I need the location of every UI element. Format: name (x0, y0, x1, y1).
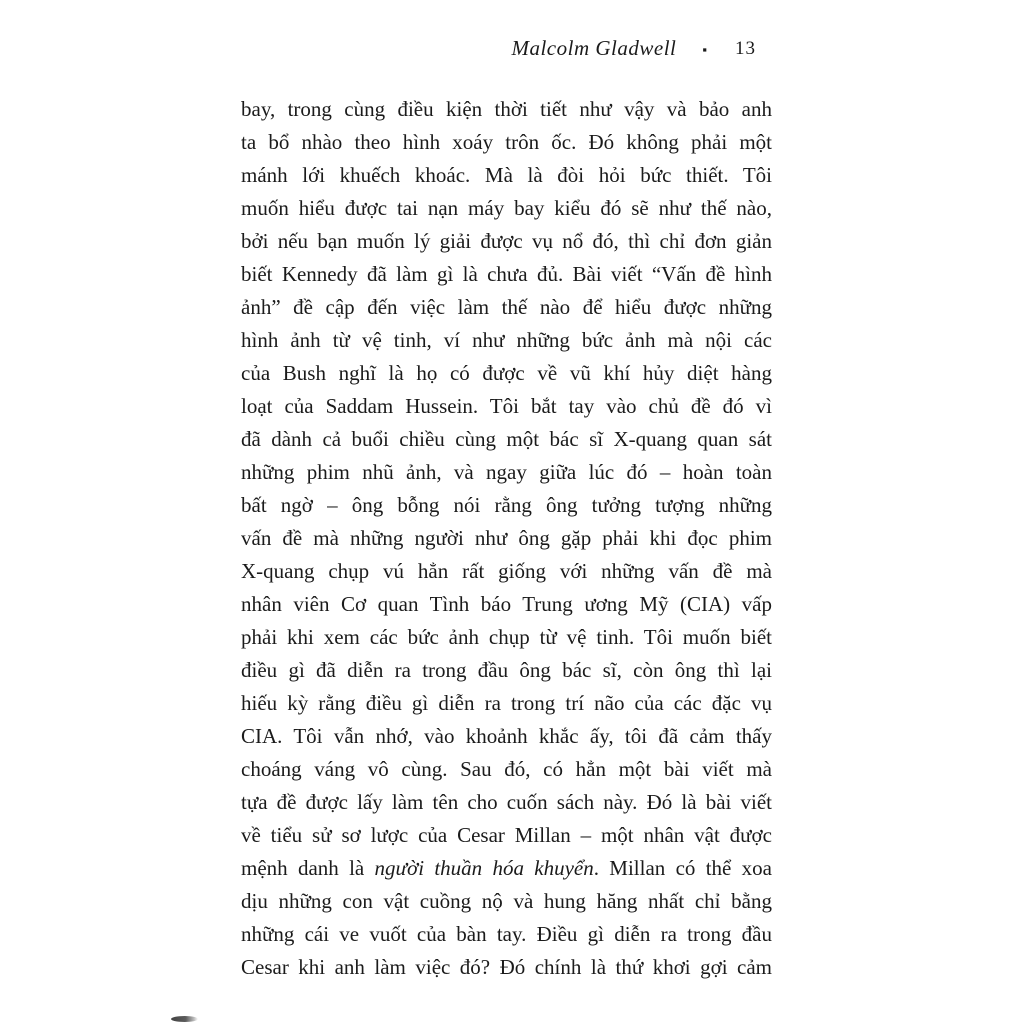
text-line: tựa đề được lấy làm tên cho cuốn sách nà… (241, 786, 772, 819)
text-line: mệnh danh là người thuần hóa khuyển. Mil… (241, 852, 772, 885)
text-line: X-quang chụp vú hẳn rất giống với những … (241, 555, 772, 588)
text-line: choáng váng vô cùng. Sau đó, có hẳn một … (241, 753, 772, 786)
text-line: bay, trong cùng điều kiện thời tiết như … (241, 93, 772, 126)
text-line: mánh lới khuếch khoác. Mà là đòi hỏi bức… (241, 159, 772, 192)
italic-phrase: người thuần hóa khuyển (375, 856, 594, 880)
text-line: vấn đề mà những người như ông gặp phải k… (241, 522, 772, 555)
text-line: điều gì đã diễn ra trong đầu ông bác sĩ,… (241, 654, 772, 687)
text-line: bất ngờ – ông bỗng nói rằng ông tưởng tư… (241, 489, 772, 522)
book-page: Malcolm Gladwell ▪ 13 bay, trong cùng đi… (0, 0, 1024, 1024)
bullet-separator-icon: ▪ (702, 43, 707, 56)
text-line: ta bổ nhào theo hình xoáy trôn ốc. Đó kh… (241, 126, 772, 159)
text-line: hình ảnh từ vệ tinh, ví như những bức ản… (241, 324, 772, 357)
text-line: muốn hiểu được tai nạn máy bay kiểu đó s… (241, 192, 772, 225)
text-line: bởi nếu bạn muốn lý giải được vụ nổ đó, … (241, 225, 772, 258)
text-line: nhân viên Cơ quan Tình báo Trung ương Mỹ… (241, 588, 772, 621)
scan-artifact (171, 1016, 198, 1022)
running-header: Malcolm Gladwell ▪ 13 (240, 36, 756, 61)
text-line: về tiểu sử sơ lược của Cesar Millan – mộ… (241, 819, 772, 852)
text-line: biết Kennedy đã làm gì là chưa đủ. Bài v… (241, 258, 772, 291)
text-line: của Bush nghĩ là họ có được về vũ khí hủ… (241, 357, 772, 390)
text-line: dịu những con vật cuồng nộ và hung hăng … (241, 885, 772, 918)
text-line: những phim nhũ ảnh, và ngay giữa lúc đó … (241, 456, 772, 489)
text-segment: mệnh danh là (241, 856, 375, 880)
text-line: CIA. Tôi vẫn nhớ, vào khoảnh khắc ấy, tô… (241, 720, 772, 753)
body-text: bay, trong cùng điều kiện thời tiết như … (241, 93, 772, 984)
text-line: những cái ve vuốt của bàn tay. Điều gì d… (241, 918, 772, 951)
page-number: 13 (735, 38, 756, 60)
text-line: ảnh” đề cập đến việc làm thế nào để hiểu… (241, 291, 772, 324)
text-line: đã dành cả buổi chiều cùng một bác sĩ X-… (241, 423, 772, 456)
text-segment: . Millan có thể xoa (594, 856, 772, 880)
running-head-author: Malcolm Gladwell (511, 36, 676, 61)
text-line: hiếu kỳ rằng điều gì diễn ra trong trí n… (241, 687, 772, 720)
text-line: loạt của Saddam Hussein. Tôi bắt tay vào… (241, 390, 772, 423)
text-line: phải khi xem các bức ảnh chụp từ vệ tinh… (241, 621, 772, 654)
text-line: Cesar khi anh làm việc đó? Đó chính là t… (241, 951, 772, 984)
